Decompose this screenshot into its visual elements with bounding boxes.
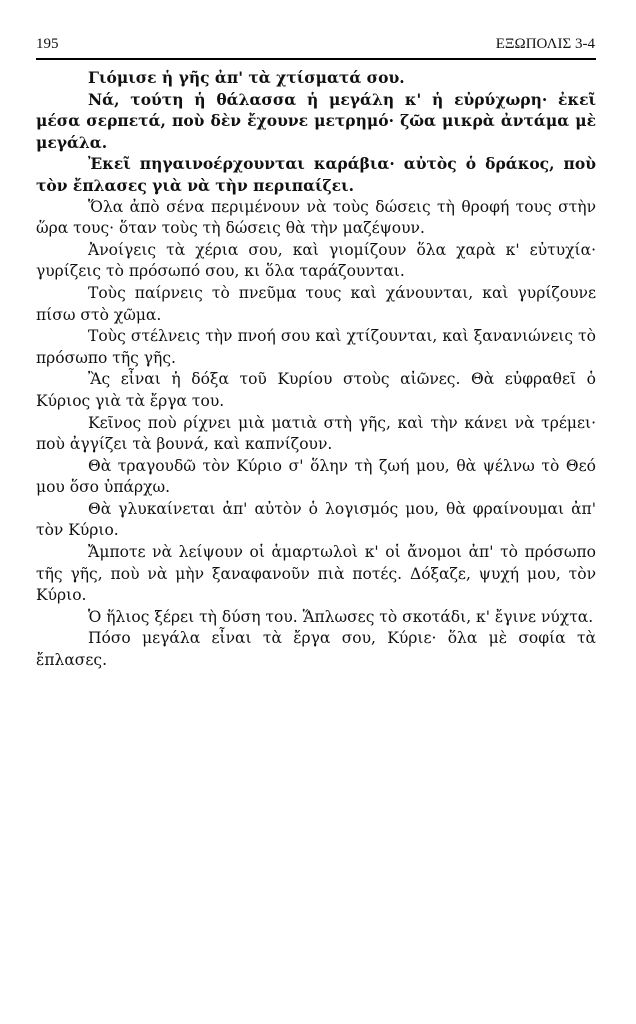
paragraph: Θὰ γλυκαίνεται ἀπ' αὐτὸν ὁ λογισμός μου,… (36, 499, 596, 542)
header-rule (36, 58, 596, 60)
paragraph: Τοὺς στέλνεις τὴν πνοή σου καὶ χτίζουντα… (36, 326, 596, 369)
page-number: 195 (36, 32, 59, 56)
running-title: ΕΞΩΠΟΛΙΣ 3-4 (496, 32, 595, 56)
paragraph: Ὅλα ἀπὸ σένα περιμένουν νὰ τοὺς δώσεις τ… (36, 197, 596, 240)
page-header: 195 ΕΞΩΠΟΛΙΣ 3-4 (36, 32, 595, 56)
paragraph: Κεῖνος ποὺ ρίχνει μιὰ ματιὰ στὴ γῆς, καὶ… (36, 413, 596, 456)
paragraph: Ἐκεῖ πηγαινοέρχουνται καράβια· αὐτὸς ὁ δ… (36, 153, 596, 196)
paragraph: Νά, τούτη ἡ θάλασσα ἡ μεγάλη κ' ἡ εὐρύχω… (36, 89, 596, 154)
paragraph: Πόσο μεγάλα εἶναι τὰ ἔργα σου, Κύριε· ὅλ… (36, 628, 596, 671)
paragraph: Θὰ τραγουδῶ τὸν Κύριο σ' ὅλην τὴ ζωή μου… (36, 456, 596, 499)
paragraph: Ἂς εἶναι ἡ δόξα τοῦ Κυρίου στοὺς αἰῶνες.… (36, 369, 596, 412)
paragraph: Ὁ ἥλιος ξέρει τὴ δύση του. Ἅπλωσες τὸ σκ… (36, 607, 596, 629)
paragraph: Ἄμποτε νὰ λείψουν οἱ ἁμαρτωλοὶ κ' οἱ ἄνο… (36, 542, 596, 607)
body-text: Γιόμισε ἡ γῆς ἀπ' τὰ χτίσματά σου. Νά, τ… (36, 67, 596, 672)
paragraph: Τοὺς παίρνεις τὸ πνεῦμα τους καὶ χάνουντ… (36, 283, 596, 326)
paragraph: Ἀνοίγεις τὰ χέρια σου, καὶ γιομίζουν ὅλα… (36, 240, 596, 283)
paragraph: Γιόμισε ἡ γῆς ἀπ' τὰ χτίσματά σου. (36, 67, 596, 89)
